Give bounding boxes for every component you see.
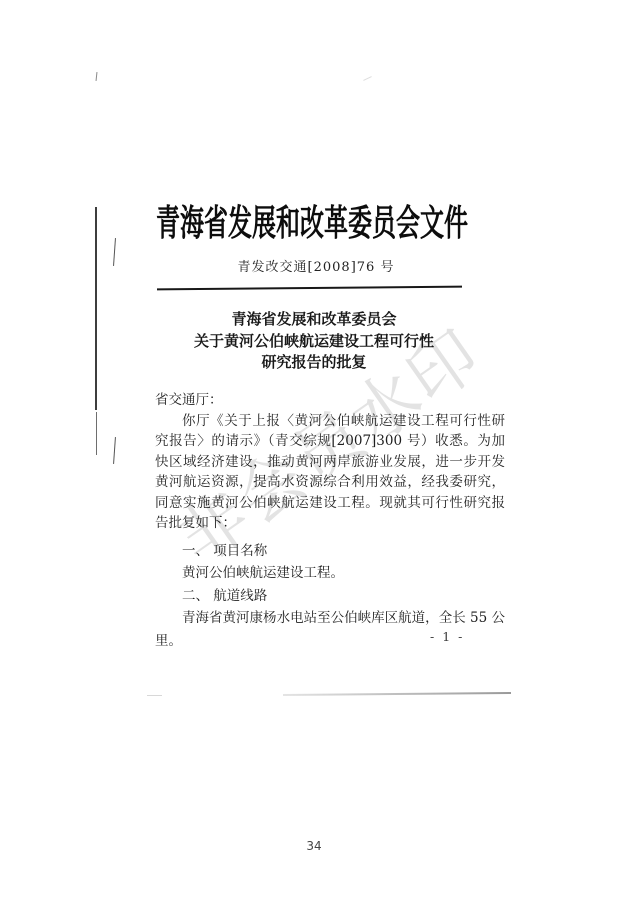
scanned-document-page: 非会员水印 青海省发展和改革委员会文件 青发改交通[2008]76 号 青海省发…	[0, 0, 640, 905]
body-paragraph: 你厅《关于上报〈黄河公伯峡航运建设工程可行性研究报告〉的请示》（青交综规[200…	[155, 411, 505, 534]
item1-text: 黄河公伯峡航运建设工程。	[155, 562, 505, 585]
scan-speck-top	[363, 76, 372, 81]
scan-speck-top-left	[96, 72, 98, 81]
sheet-number: 34	[0, 839, 634, 853]
document-page-number: - 1 -	[430, 629, 500, 644]
letterhead-title: 青海省发展和改革委员会文件	[0, 193, 632, 246]
salutation: 省交通厅：	[155, 390, 505, 411]
scan-binding-line-lower	[96, 412, 97, 455]
scan-tick-lower	[113, 437, 116, 464]
subject-line-1: 青海省发展和改革委员会	[0, 309, 634, 331]
item1-heading: 一、 项目名称	[155, 540, 505, 563]
doc-reference-number: 青发改交通[2008]76 号	[0, 256, 636, 275]
page-bottom-dash	[147, 695, 162, 696]
document-body: 省交通厅： 你厅《关于上报〈黄河公伯峡航运建设工程可行性研究报告〉的请示》（青交…	[155, 390, 505, 652]
subject-line-2: 关于黄河公伯峡航运建设工程可行性	[0, 331, 634, 353]
page-bottom-edge	[283, 692, 511, 695]
subject-line-3: 研究报告的批复	[0, 352, 634, 374]
document-subject: 青海省发展和改革委员会 关于黄河公伯峡航运建设工程可行性 研究报告的批复	[0, 309, 634, 374]
separator-rule	[157, 286, 462, 291]
item2-heading: 二、 航道线路	[155, 585, 505, 608]
